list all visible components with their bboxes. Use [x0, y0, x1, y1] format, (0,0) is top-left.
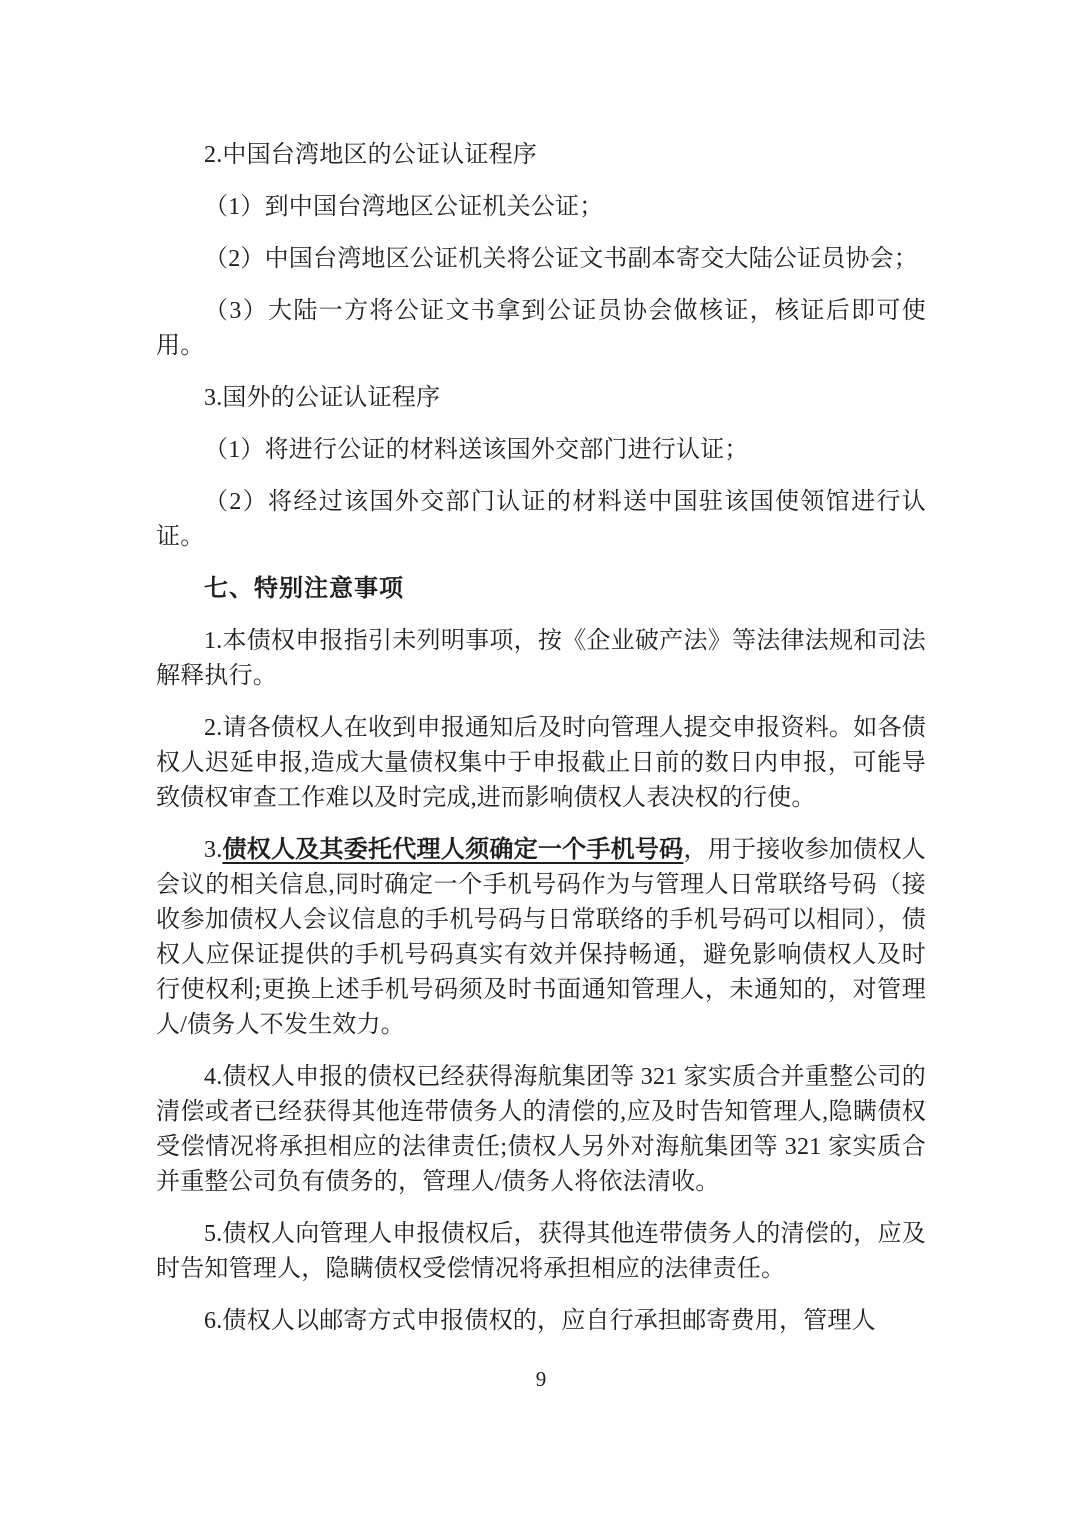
section-heading-special-notes: 七、特别注意事项 [156, 572, 926, 607]
paragraph-foreign-step-1: （1）将进行公证的材料送该国外交部门进行认证； [156, 433, 926, 468]
paragraph-note-1: 1.本债权申报指引未列明事项，按《企业破产法》等法律法规和司法解释执行。 [156, 624, 926, 694]
paragraph-foreign-step-2: （2）将经过该国外交部门认证的材料送中国驻该国使领馆进行认证。 [156, 485, 926, 555]
note-3-body: ，用于接收参加债权人会议的相关信息,同时确定一个手机号码作为与管理人日常联络号码… [156, 837, 926, 1038]
paragraph-note-4: 4.债权人申报的债权已经获得海航集团等 321 家实质合并重整公司的清偿或者已经… [156, 1060, 926, 1200]
paragraph-taiwan-step-3: （3）大陆一方将公证文书拿到公证员协会做核证，核证后即可使用。 [156, 294, 926, 364]
paragraph-note-3: 3.债权人及其委托代理人须确定一个手机号码，用于接收参加债权人会议的相关信息,同… [156, 833, 926, 1043]
paragraph-note-6: 6.债权人以邮寄方式申报债权的，应自行承担邮寄费用，管理人 [156, 1304, 926, 1339]
paragraph-note-2: 2.请各债权人在收到申报通知后及时向管理人提交申报资料。如各债权人迟延申报,造成… [156, 711, 926, 816]
page-number: 9 [156, 1365, 926, 1394]
document-page: { "page": { "background": "#ffffff", "te… [0, 0, 1080, 1527]
paragraph-taiwan-step-1: （1）到中国台湾地区公证机关公证； [156, 190, 926, 225]
note-3-emphasis-underlined: 债权人及其委托代理人须确定一个手机号码 [222, 837, 683, 863]
paragraph-taiwan-notary-title: 2.中国台湾地区的公证认证程序 [156, 138, 926, 173]
paragraph-foreign-notary-title: 3.国外的公证认证程序 [156, 381, 926, 416]
page-content: 2.中国台湾地区的公证认证程序 （1）到中国台湾地区公证机关公证； （2）中国台… [0, 0, 1080, 1527]
note-3-number: 3. [204, 837, 222, 863]
paragraph-note-5: 5.债权人向管理人申报债权后，获得其他连带债务人的清偿的，应及时告知管理人，隐瞒… [156, 1217, 926, 1287]
paragraph-taiwan-step-2: （2）中国台湾地区公证机关将公证文书副本寄交大陆公证员协会； [156, 242, 926, 277]
